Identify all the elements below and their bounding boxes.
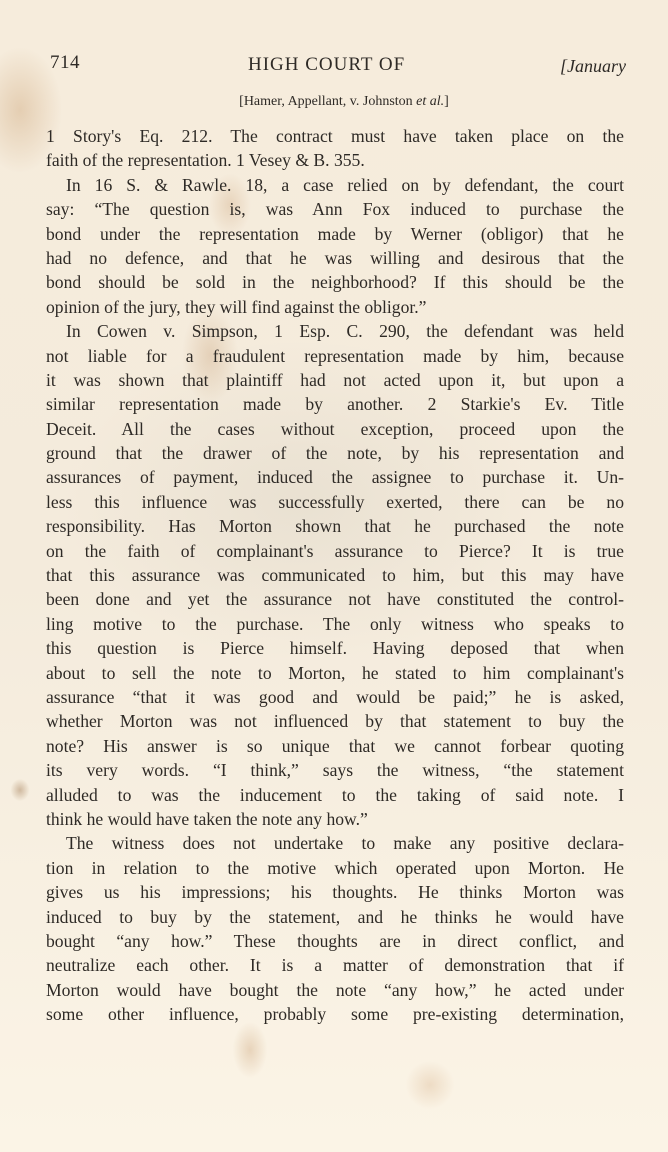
text-line: not liable for a fraudulent representati…	[46, 344, 624, 368]
text-line: it was shown that plaintiff had not acte…	[46, 368, 624, 392]
text-line: ground that the drawer of the note, by h…	[46, 441, 624, 465]
text-line: whether Morton was not influenced by tha…	[46, 709, 624, 733]
text-line: assurance “that it was good and would be…	[46, 685, 624, 709]
text-line: note? His answer is so unique that we ca…	[46, 734, 624, 758]
text-line: responsibility. Has Morton shown that he…	[46, 514, 624, 538]
text-line: ling motive to the purchase. The only wi…	[46, 612, 624, 636]
text-line: Morton would have bought the note “any h…	[46, 978, 624, 1002]
text-line: similar representation made by another. …	[46, 392, 624, 416]
text-line: assurances of payment, induced the assig…	[46, 465, 624, 489]
text-line: that this assurance was communicated to …	[46, 563, 624, 587]
text-line: some other influence, probably some pre-…	[46, 1002, 624, 1026]
text-line: bought “any how.” These thoughts are in …	[46, 929, 624, 953]
text-line: Deceit. All the cases without exception,…	[46, 417, 624, 441]
text-line: bond should be sold in the neighborhood?…	[46, 270, 624, 294]
running-title: HIGH COURT OF	[248, 54, 405, 76]
text-line: In 16 S. & Rawle. 18, a case relied on b…	[46, 173, 624, 197]
text-line: its very words. “I think,” says the witn…	[46, 758, 624, 782]
running-date: [January	[560, 56, 626, 77]
paragraph: In Cowen v. Simpson, 1 Esp. C. 290, the …	[46, 319, 624, 831]
text-line: been done and yet the assurance not have…	[46, 587, 624, 611]
case-caption-text: [Hamer, Appellant, v. Johnston	[239, 94, 416, 109]
text-line: think he would have taken the note any h…	[46, 807, 624, 831]
text-line: faith of the representation. 1 Vesey & B…	[46, 148, 624, 172]
text-line: The witness does not undertake to make a…	[46, 831, 624, 855]
text-line: neutralize each other. It is a matter of…	[46, 953, 624, 977]
text-line: induced to buy by the statement, and he …	[46, 905, 624, 929]
running-head: 714 HIGH COURT OF [January	[48, 50, 628, 80]
text-line: less this influence was successfully exe…	[46, 490, 624, 514]
case-caption: [Hamer, Appellant, v. Johnston et al.]	[0, 94, 668, 110]
book-page: 714 HIGH COURT OF [January [Hamer, Appel…	[0, 0, 668, 1152]
text-line: this question is Pierce himself. Having …	[46, 636, 624, 660]
body-text: 1 Story's Eq. 212. The contract must hav…	[46, 124, 624, 1026]
text-line: In Cowen v. Simpson, 1 Esp. C. 290, the …	[46, 319, 624, 343]
text-line: tion in relation to the motive which ope…	[46, 856, 624, 880]
text-line: about to sell the note to Morton, he sta…	[46, 661, 624, 685]
paragraph: The witness does not undertake to make a…	[46, 831, 624, 1026]
case-caption-close: ]	[444, 94, 449, 109]
text-line: 1 Story's Eq. 212. The contract must hav…	[46, 124, 624, 148]
paragraph: 1 Story's Eq. 212. The contract must hav…	[46, 124, 624, 173]
text-line: bond under the representation made by We…	[46, 222, 624, 246]
page-number: 714	[50, 52, 80, 74]
text-line: on the faith of complainant's assurance …	[46, 539, 624, 563]
text-line: opinion of the jury, they will find agai…	[46, 295, 624, 319]
text-line: say: “The question is, was Ann Fox induc…	[46, 197, 624, 221]
text-line: alluded to was the inducement to the tak…	[46, 783, 624, 807]
case-caption-italic: et al.	[416, 94, 444, 109]
text-line: had no defence, and that he was willing …	[46, 246, 624, 270]
text-line: gives us his impressions; his thoughts. …	[46, 880, 624, 904]
paragraph: In 16 S. & Rawle. 18, a case relied on b…	[46, 173, 624, 319]
